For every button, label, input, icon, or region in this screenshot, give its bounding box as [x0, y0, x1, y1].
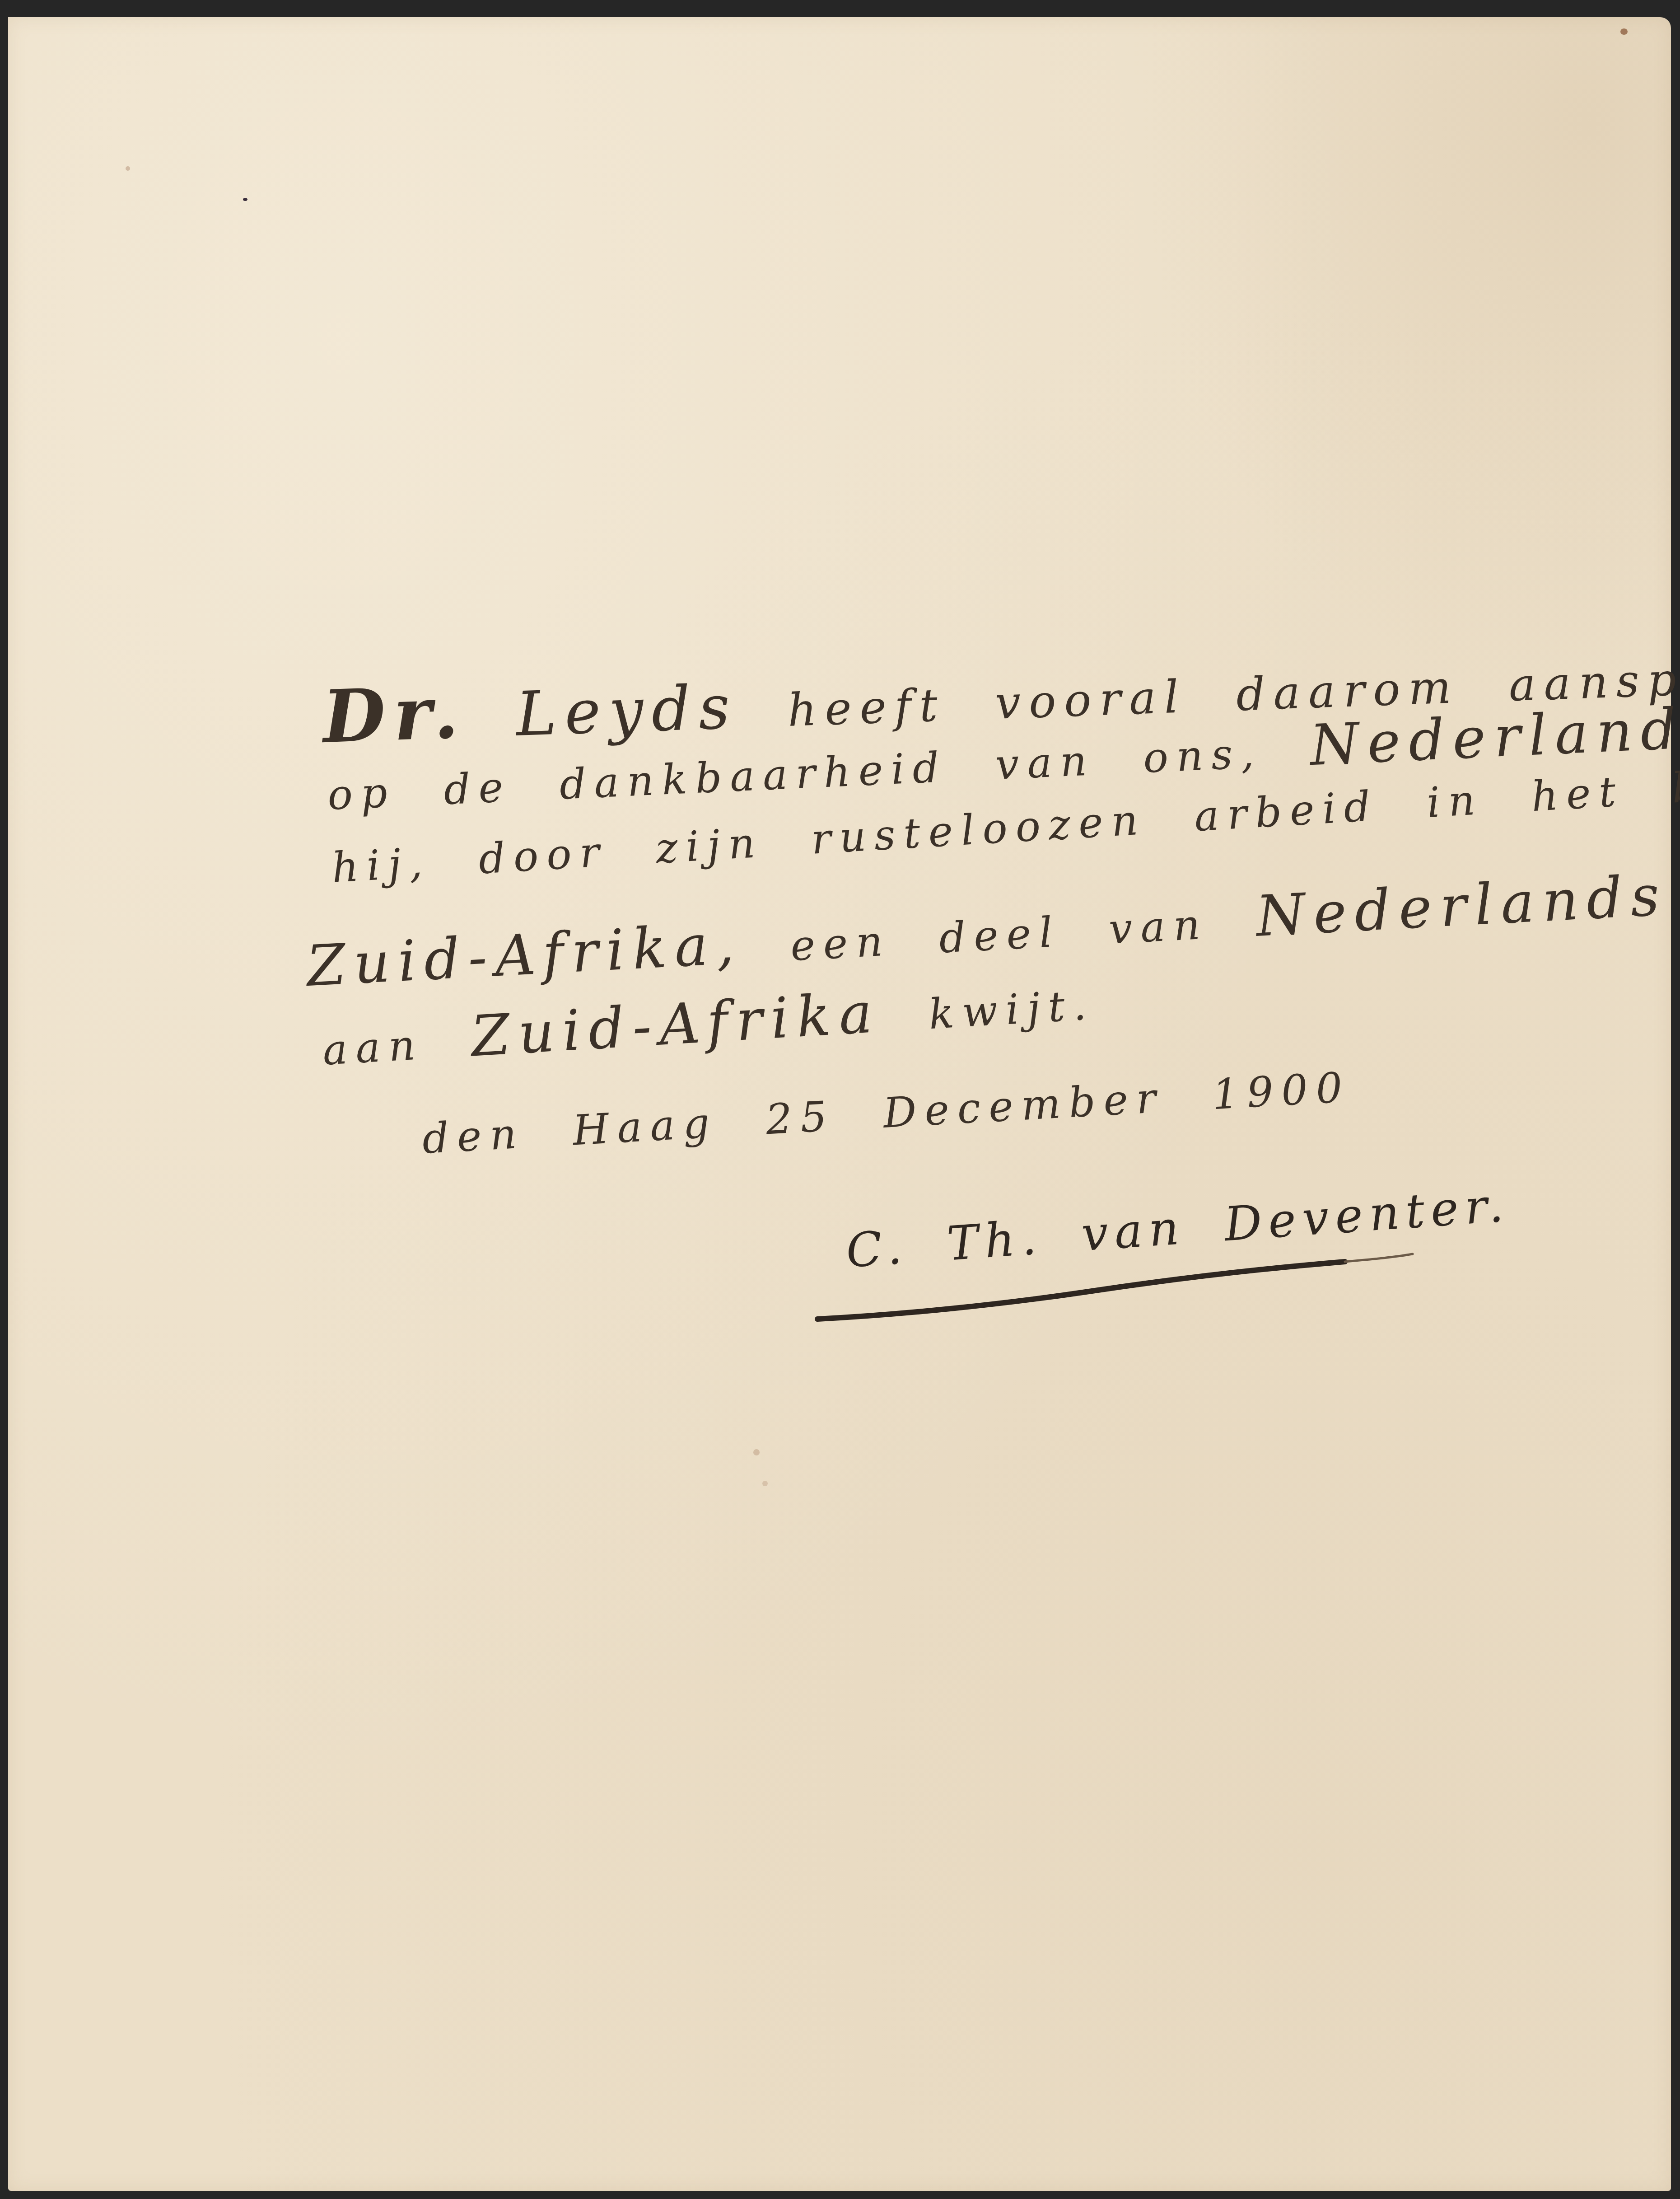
- word: Nederlands: [1255, 863, 1669, 950]
- month: December: [882, 1073, 1166, 1137]
- foxing-spot: [753, 1449, 760, 1455]
- word: van: [1107, 900, 1209, 954]
- foxing-spot: [126, 166, 130, 171]
- place: den Haag: [421, 1099, 719, 1163]
- word: de: [443, 763, 512, 814]
- word: heeft: [787, 678, 947, 737]
- word: ons,: [1142, 729, 1263, 782]
- word: Dr.: [321, 669, 467, 759]
- ink-speck: [243, 198, 247, 201]
- foxing-spot: [1620, 28, 1628, 35]
- word: deel: [938, 908, 1061, 963]
- word: Leyds: [515, 671, 739, 750]
- year: 1900: [1211, 1063, 1352, 1119]
- word: van: [994, 736, 1096, 789]
- word: het: [1530, 767, 1625, 821]
- signature-flourish-underline: [812, 1214, 1444, 1332]
- word: arbeid: [1193, 782, 1380, 841]
- word: dankbaarheid: [558, 743, 948, 809]
- word: rusteloozen: [810, 795, 1147, 864]
- signature: C. Th. van Deventer.: [812, 1214, 1444, 1332]
- word: aan: [321, 1020, 425, 1075]
- word: een: [789, 917, 892, 970]
- word: hij,: [331, 838, 432, 892]
- foxing-spot: [762, 1481, 768, 1486]
- word: op: [327, 768, 397, 819]
- word: Zuid-Afrika: [469, 980, 882, 1070]
- word: kwijt.: [928, 981, 1096, 1039]
- word: Zuid-Afrika,: [305, 912, 743, 999]
- word: door: [477, 828, 609, 884]
- word: in: [1425, 776, 1484, 827]
- day: 25: [765, 1092, 836, 1144]
- place-date-line: den Haag 25 December 1900: [421, 1063, 1352, 1163]
- word: zijn: [654, 818, 765, 873]
- manuscript-page: Dr. Leyds heeft vooral daarom aanspraak …: [8, 17, 1671, 2191]
